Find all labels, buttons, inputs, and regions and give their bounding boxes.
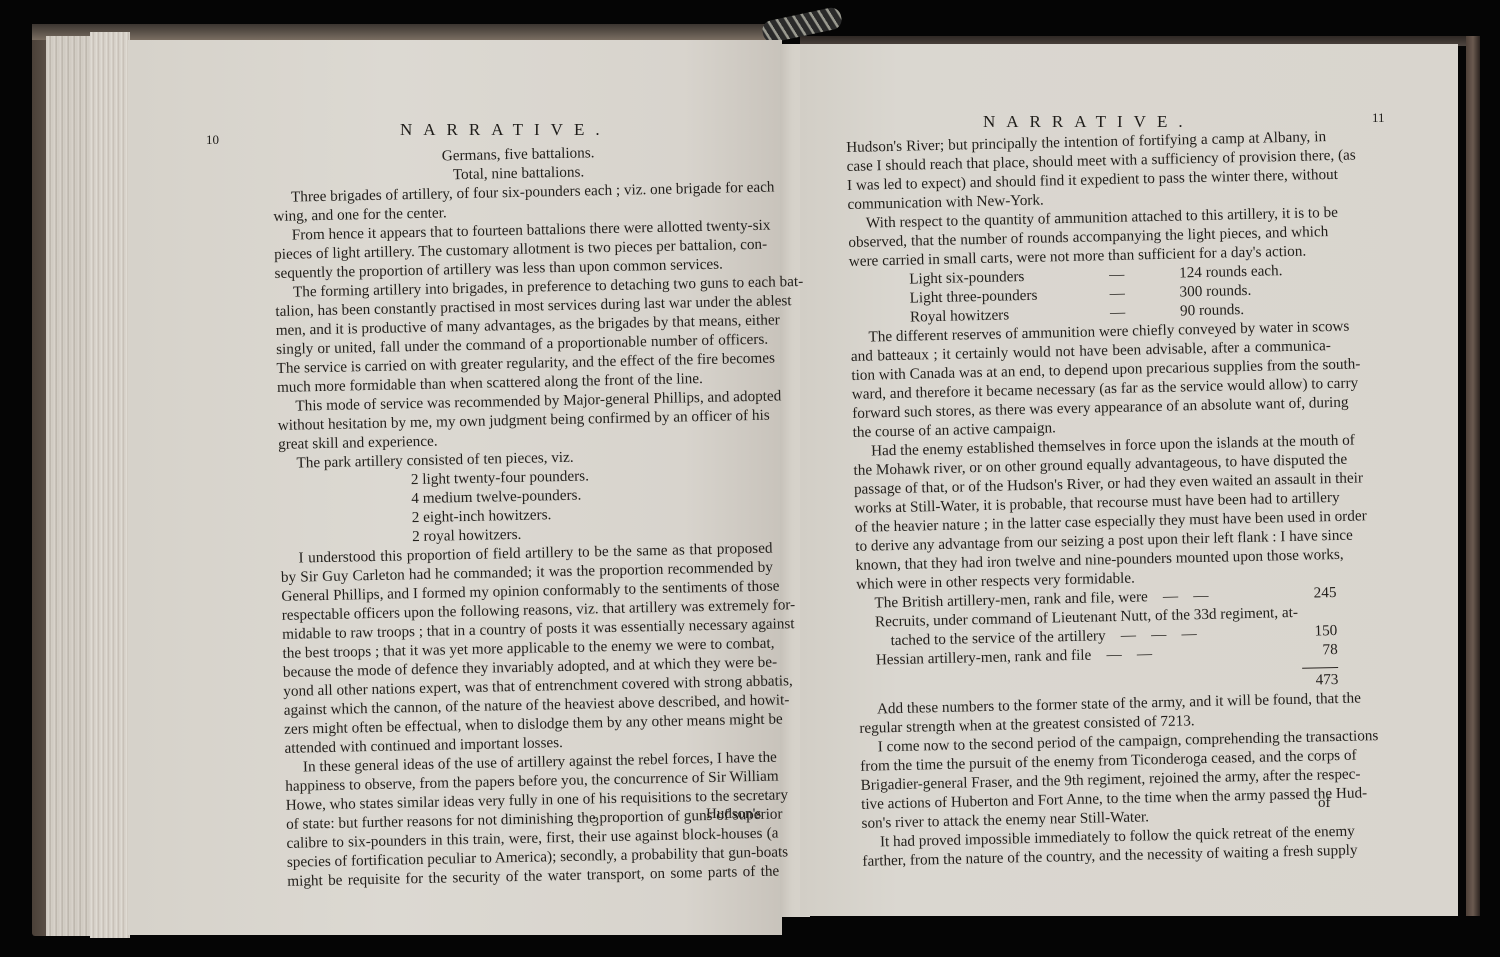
artillery-men-count: 150 — [1297, 621, 1337, 641]
artillery-men-total: 473 — [1298, 670, 1338, 690]
total-rule — [1302, 667, 1338, 669]
artillery-men-count: 78 — [1298, 640, 1338, 660]
left-signature: 3 — [592, 815, 599, 831]
left-text-block: Germans, five battalions.Total, nine bat… — [272, 140, 779, 891]
right-text-block: Hudson's River; but principally the inte… — [846, 127, 1343, 871]
artillery-men-count: 245 — [1296, 583, 1336, 603]
page-edges-left-inner — [90, 32, 130, 938]
book-cover-top — [32, 24, 772, 40]
ammunition-dash: — — [1109, 282, 1179, 303]
right-folio: 11 — [1372, 110, 1385, 126]
left-running-head: NARRATIVE. — [400, 120, 611, 140]
artillery-men-count — [1298, 602, 1337, 622]
artillery-men-table: The British artillery-men, rank and file… — [856, 583, 1338, 670]
left-catchword: Hudson's — [706, 806, 761, 823]
right-catchword: of — [1318, 795, 1331, 812]
ammunition-dash: — — [1109, 263, 1179, 284]
ammunition-dash: — — [1110, 301, 1180, 322]
book-cover-right — [1466, 36, 1480, 916]
right-running-head: NARRATIVE. — [983, 112, 1194, 132]
left-folio: 10 — [206, 132, 219, 148]
